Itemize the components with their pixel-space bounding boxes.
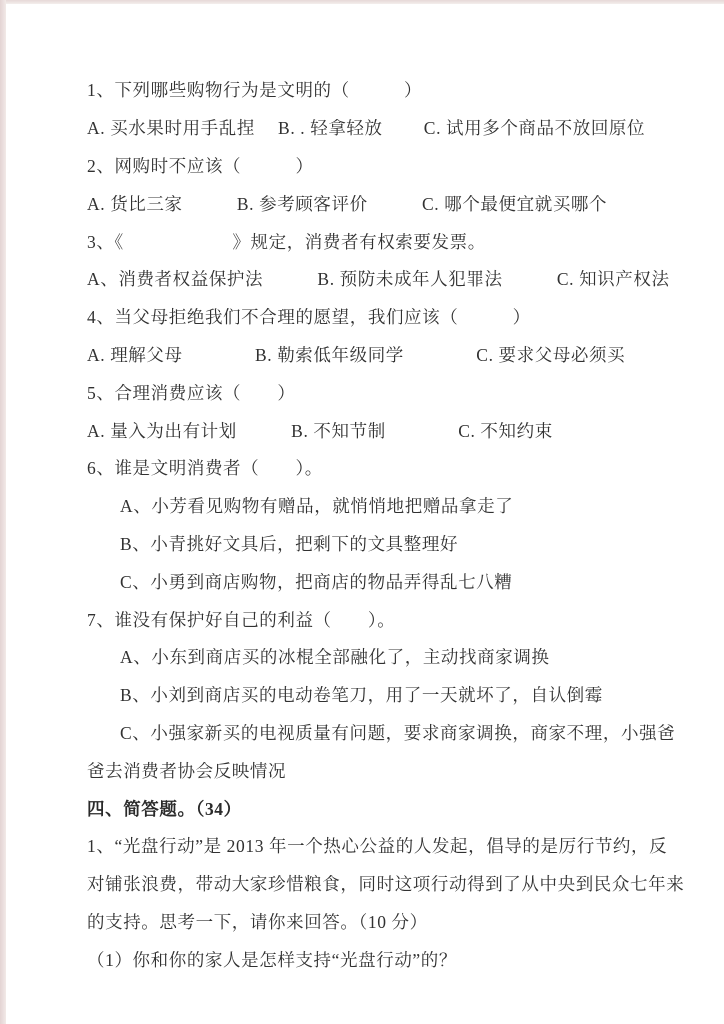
text-line: 对铺张浪费，带动大家珍惜粮食，同时这项行动得到了从中央到民众七年来	[0, 865, 724, 903]
text-line: A、小东到商店买的冰棍全部融化了，主动找商家调换	[0, 638, 724, 676]
text-line: 爸去消费者协会反映情况	[0, 751, 724, 789]
text-line: 4、当父母拒绝我们不合理的愿望，我们应该（ ）	[0, 298, 724, 336]
text-line: A. 货比三家 B. 参考顾客评价 C. 哪个最便宜就买哪个	[0, 184, 724, 222]
text-line: 5、合理消费应该（ ）	[0, 373, 724, 411]
text-line: B、小青挑好文具后，把剩下的文具整理好	[0, 525, 724, 563]
text-line: 2、网购时不应该（ ）	[0, 147, 724, 185]
text-line: A. 量入为出有计划 B. 不知节制 C. 不知约束	[0, 411, 724, 449]
section-heading: 四、简答题。（34）	[0, 789, 724, 827]
text-line: （1）你和你的家人是怎样支持“光盘行动”的？	[0, 940, 724, 978]
text-line: C、小强家新买的电视质量有问题，要求商家调换，商家不理，小强爸	[0, 714, 724, 752]
text-line: A、小芳看见购物有赠品，就悄悄地把赠品拿走了	[0, 487, 724, 525]
text-line: C、小勇到商店购物，把商店的物品弄得乱七八糟	[0, 562, 724, 600]
document-page: 1、下列哪些购物行为是文明的（ ）A. 买水果时用手乱捏 B. . 轻拿轻放 C…	[0, 0, 724, 1024]
text-line: 3、《 》规定，消费者有权索要发票。	[0, 222, 724, 260]
scan-edge-top	[0, 0, 724, 4]
text-line: 6、谁是文明消费者（ ）。	[0, 449, 724, 487]
document-content: 1、下列哪些购物行为是文明的（ ）A. 买水果时用手乱捏 B. . 轻拿轻放 C…	[0, 71, 724, 978]
text-line: B、小刘到商店买的电动卷笔刀，用了一天就坏了，自认倒霉	[0, 676, 724, 714]
text-line: 7、谁没有保护好自己的利益（ ）。	[0, 600, 724, 638]
text-line: A. 买水果时用手乱捏 B. . 轻拿轻放 C. 试用多个商品不放回原位	[0, 109, 724, 147]
text-line: 1、“光盘行动”是 2013 年一个热心公益的人发起，倡导的是厉行节约，反	[0, 827, 724, 865]
text-line: A. 理解父母 B. 勒索低年级同学 C. 要求父母必须买	[0, 336, 724, 374]
text-line: 1、下列哪些购物行为是文明的（ ）	[0, 71, 724, 109]
text-line: 的支持。思考一下，请你来回答。（10 分）	[0, 903, 724, 941]
text-line: A、消费者权益保护法 B. 预防未成年人犯罪法 C. 知识产权法	[0, 260, 724, 298]
